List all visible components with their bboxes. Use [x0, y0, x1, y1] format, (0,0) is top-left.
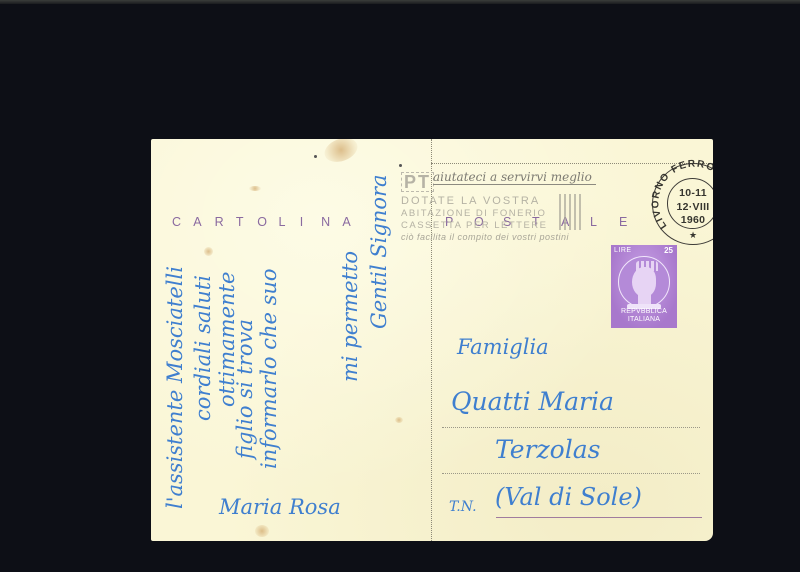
stain: [249, 186, 261, 191]
speck: [314, 155, 317, 158]
header-letter: T: [236, 215, 257, 229]
postcard: CARTOLINA POSTALE PT aiutateci a servirv…: [151, 139, 713, 541]
italia-turrita-medallion-icon: [618, 256, 670, 308]
stain: [321, 139, 360, 166]
header-letter: A: [342, 215, 363, 229]
address-underline: [496, 517, 702, 518]
message-line: cordiali saluti: [191, 275, 215, 421]
cancel-bars: [559, 194, 581, 230]
header-letter: A: [193, 215, 214, 229]
slogan-line-4: ciò facilita il compito dei vostri posti…: [401, 232, 569, 242]
header-letter: O: [257, 215, 278, 229]
circular-postmark: LIVORNO FERROVIA 10-11 12·VIII 1960 ★: [652, 163, 713, 245]
pt-badge: PT: [401, 172, 434, 192]
address-province: T.N.: [449, 499, 477, 515]
stain: [255, 525, 269, 537]
header-letter: R: [215, 215, 236, 229]
postmark-time: 10-11: [653, 187, 713, 199]
stain: [395, 417, 403, 423]
message-line: l'assistente Mosciatelli: [163, 266, 187, 509]
message-line: Gentil Signora: [367, 174, 391, 329]
address-line: Famiglia: [457, 335, 549, 359]
stamp-country-1: REPVBBLICA: [611, 308, 677, 315]
scanner-edge: [0, 0, 800, 4]
neck-icon: [638, 293, 651, 304]
address-line-2: [442, 473, 700, 474]
slogan-line-1: DOTATE LA VOSTRA: [401, 195, 540, 207]
speck: [399, 164, 402, 167]
address-line: (Val di Sole): [495, 483, 642, 511]
message-line: informarlo che suo: [257, 268, 281, 469]
star-icon: ★: [689, 230, 697, 241]
header-letter: E: [619, 215, 648, 229]
stain: [204, 247, 213, 256]
postmark-date: 12·VIII: [653, 201, 713, 213]
slogan-line-2: ABITAZIONE DI FONERIO: [401, 208, 546, 219]
header-letter: C: [172, 215, 193, 229]
header-letter: I: [300, 215, 321, 229]
header-letter: L: [278, 215, 299, 229]
address-line: Terzolas: [495, 435, 600, 464]
postage-stamp: LIRE 25 REPVBBLICA ITALIANA: [611, 245, 677, 328]
header-cartolina: CARTOLINA: [172, 215, 364, 229]
slogan-script: aiutateci a servirvi meglio: [433, 170, 596, 185]
message-line: mi permetto: [338, 251, 362, 382]
header-letter: N: [321, 215, 342, 229]
stamp-currency: LIRE: [614, 247, 632, 254]
signature: Maria Rosa: [219, 495, 341, 519]
message-line: ottimamente: [215, 272, 239, 407]
address-line-1: [442, 427, 700, 428]
address-line: Quatti Maria: [451, 387, 614, 416]
stamp-country-2: ITALIANA: [611, 316, 677, 323]
postmark-year: 1960: [653, 214, 713, 226]
slogan-line-3: CASSETTA PER LETTERE: [401, 220, 548, 231]
slogan-cancellation: PT aiutateci a servirvi meglio DOTATE LA…: [399, 170, 611, 246]
